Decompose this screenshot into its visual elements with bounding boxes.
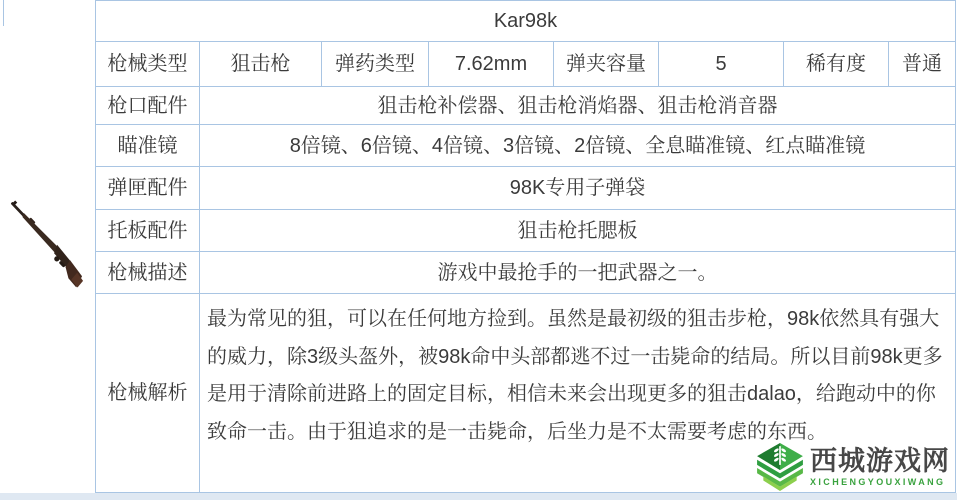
bottom-strip: [0, 493, 957, 500]
row-value-muzzle: 狙击枪补偿器、狙击枪消焰器、狙击枪消音器: [199, 87, 955, 124]
left-border-fragment: [3, 0, 4, 26]
row-value-stock: 狙击枪托腮板: [199, 210, 955, 251]
row-value-description: 游戏中最抢手的一把武器之一。: [199, 252, 955, 293]
wheat-diamond-logo-icon: [755, 442, 805, 492]
stat-value-rarity: 普通: [888, 42, 955, 86]
stat-value-weapon-type: 狙击枪: [199, 42, 321, 86]
stat-label-rarity: 稀有度: [783, 42, 888, 86]
watermark-site-name-latin: XICHENGYOUXIWANG: [810, 476, 945, 488]
weapon-info-table: Kar98k 枪械类型 狙击枪 弹药类型 7.62mm 弹夹容量 5 稀有度 普…: [95, 0, 956, 493]
stat-label-mag-capacity: 弹夹容量: [553, 42, 658, 86]
table-title-row: Kar98k: [96, 1, 955, 41]
row-label-stock: 托板配件: [96, 210, 199, 251]
stat-label-weapon-type: 枪械类型: [96, 42, 199, 86]
stat-value-mag-capacity: 5: [658, 42, 783, 86]
stat-label-ammo-type: 弹药类型: [321, 42, 428, 86]
stats-row: 枪械类型 狙击枪 弹药类型 7.62mm 弹夹容量 5 稀有度 普通: [96, 41, 955, 86]
kar98k-rifle-image: [0, 188, 95, 298]
watermark-site-name: 西城游戏网: [810, 446, 950, 476]
row-label-analysis: 枪械解析: [96, 294, 199, 492]
row-label-magazine: 弹匣配件: [96, 167, 199, 209]
row-label-scope: 瞄准镜: [96, 125, 199, 166]
weapon-title: Kar98k: [96, 1, 955, 41]
stat-value-ammo-type: 7.62mm: [428, 42, 553, 86]
row-label-muzzle: 枪口配件: [96, 87, 199, 124]
table-row-description: 枪械描述 游戏中最抢手的一把武器之一。: [96, 251, 955, 293]
table-row-stock: 托板配件 狙击枪托腮板: [96, 209, 955, 251]
table-row-scope: 瞄准镜 8倍镜、6倍镜、4倍镜、3倍镜、2倍镜、全息瞄准镜、红点瞄准镜: [96, 124, 955, 166]
table-row-muzzle: 枪口配件 狙击枪补偿器、狙击枪消焰器、狙击枪消音器: [96, 86, 955, 124]
row-value-scope: 8倍镜、6倍镜、4倍镜、3倍镜、2倍镜、全息瞄准镜、红点瞄准镜: [199, 125, 955, 166]
rifle-icon: [0, 188, 95, 298]
watermark-text: 西城游戏网 XICHENGYOUXIWANG: [810, 446, 950, 488]
row-value-magazine: 98K专用子弹袋: [199, 167, 955, 209]
row-label-description: 枪械描述: [96, 252, 199, 293]
table-row-magazine: 弹匣配件 98K专用子弹袋: [96, 166, 955, 209]
site-watermark: 西城游戏网 XICHENGYOUXIWANG: [755, 441, 950, 493]
